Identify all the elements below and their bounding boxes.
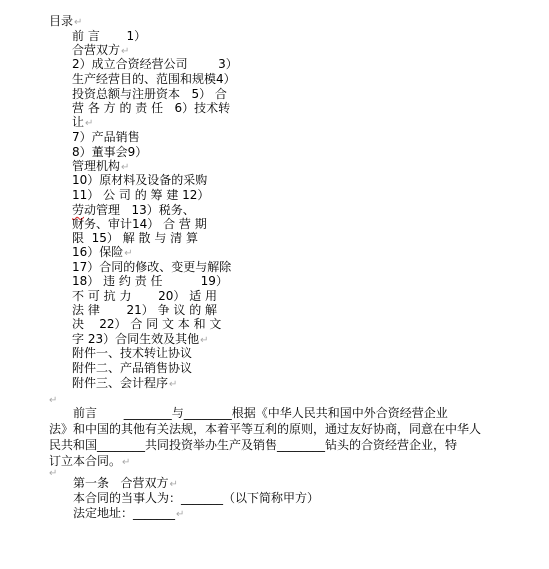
toc-line-text: 附件三、会计程序 — [72, 376, 168, 390]
article-heading-text: 第一条 合营双方 — [73, 476, 168, 490]
toc-line: 附件三、会计程序↵ — [72, 374, 177, 392]
document-page: 目录↵ 前 言 1） 合营双方↵ 2）成立合资经营公司 3） 生产经营目的、范围… — [0, 0, 549, 569]
empty-paragraph-mark-icon: ↵ — [49, 392, 57, 410]
address-line: 法定地址：_______↵ — [73, 504, 184, 522]
empty-paragraph-mark-icon: ↵ — [49, 465, 57, 483]
toc-line-text: 决 22） 合 同 文 本 和 文 — [72, 317, 221, 331]
preamble-line-text: 民共和国________共同投资举办生产及销售________钻头的合资经营企业… — [49, 438, 457, 452]
paragraph-mark-icon: ↵ — [169, 379, 177, 390]
toc-line: 营 各 方 的 责 任 6）技术转 — [72, 99, 230, 117]
preamble-line: 订立本合同。↵ — [49, 452, 130, 470]
toc-line-text: 营 各 方 的 责 任 6）技术转 — [72, 101, 230, 115]
toc-line-text: 10）原材料及设备的采购 — [72, 173, 207, 187]
toc-title-text: 目录 — [49, 14, 73, 28]
paragraph-mark-icon: ↵ — [200, 335, 208, 346]
party-line-text: 本合同的当事人为：_______（以下简称甲方） — [73, 491, 319, 505]
toc-line-text: 18） 违 约 责 任 19） — [72, 274, 228, 288]
toc-line-text: 16）保险 — [72, 245, 123, 259]
toc-line-text: 让 — [72, 115, 84, 129]
preamble-line-text: 法》和中国的其他有关法规，本着平等互利的原则，通过友好协商，同意在中华人 — [49, 422, 481, 436]
paragraph-mark-icon: ↵ — [122, 457, 130, 468]
preamble-line-text: 前言 ________与________根据《中华人民共和国中外合资经营企业 — [73, 406, 448, 420]
toc-line-text: 7）产品销售 — [72, 130, 140, 144]
preamble-line-text: 订立本合同。 — [49, 454, 121, 468]
toc-line-text: 生产经营目的、范围和规模4） — [72, 72, 236, 86]
toc-line-text: 11） 公 司 的 筹 建 12） — [72, 188, 209, 202]
toc-line-text: 2）成立合资经营公司 3） — [72, 57, 238, 71]
address-line-text: 法定地址：_______ — [73, 506, 175, 520]
paragraph-mark-icon: ↵ — [176, 509, 184, 520]
toc-line-text: 附件一、技术转让协议 — [72, 346, 192, 360]
toc-line-text: 附件二、产品销售协议 — [72, 361, 192, 375]
